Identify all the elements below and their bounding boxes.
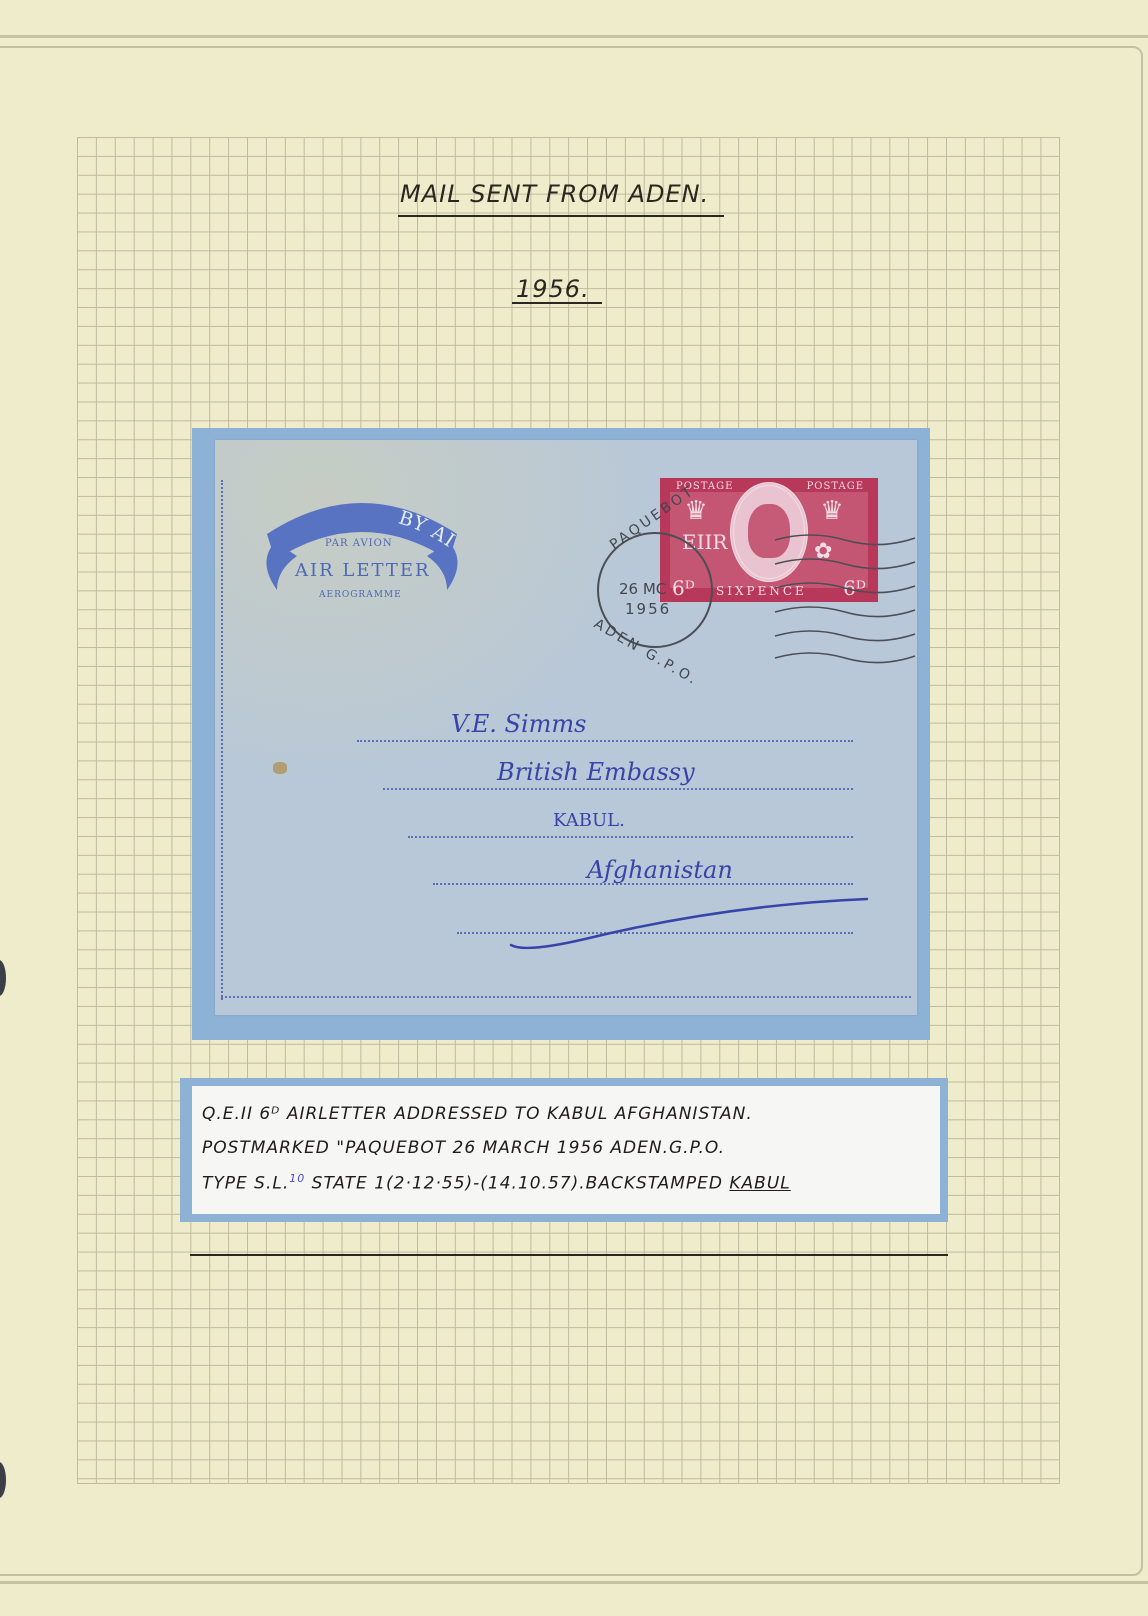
air-letter: BY AIR MAIL PAR AVION AIR LETTER AEROGRA…: [215, 440, 917, 1015]
postmark-year: 1956: [625, 600, 671, 618]
air-letter-text: AIR LETTER: [295, 560, 431, 581]
page-year: 1956.: [516, 275, 590, 303]
address-dotted-line: [383, 788, 853, 790]
page-title-underline: [398, 215, 724, 217]
address-line-city: KABUL.: [553, 810, 625, 831]
description-line-2: POSTMARKED "PAQUEBOT 26 MARCH 1956 ADEN.…: [202, 1138, 725, 1158]
par-avion-text: PAR AVION: [325, 538, 393, 549]
fold-dotted-line: [221, 996, 911, 998]
address-line-country: Afghanistan: [587, 856, 733, 884]
description-type-text: TYPE S.L.: [202, 1174, 289, 1194]
page-year-underline: [512, 302, 602, 304]
wavy-cancellation-icon: [770, 530, 920, 670]
address-dotted-line: [357, 740, 853, 742]
postmark-date: 26 MC: [619, 580, 666, 598]
description-insert-annotation: 10: [289, 1172, 305, 1185]
ruled-writing-line: [190, 1254, 948, 1256]
description-backstamp-place: KABUL: [729, 1174, 790, 1194]
album-page-bottom-rule: [0, 1581, 1148, 1584]
address-line-embassy: British Embassy: [497, 758, 695, 786]
album-page-top-rule: [0, 35, 1148, 38]
pen-flourish-icon: [505, 895, 875, 955]
address-line-name: V.E. Simms: [451, 710, 587, 738]
aerogramme-text: AEROGRAMME: [319, 590, 402, 600]
page-title: MAIL SENT FROM ADEN.: [400, 180, 709, 208]
fold-dotted-line: [221, 480, 223, 1000]
description-line-3: TYPE S.L.10 STATE 1(2·12·55)-(14.10.57).…: [202, 1172, 791, 1194]
crown-icon: ♛: [818, 496, 846, 524]
description-label: Q.E.II 6ᴰ AIRLETTER ADDRESSED TO KABUL A…: [192, 1086, 940, 1214]
description-line-1: Q.E.II 6ᴰ AIRLETTER ADDRESSED TO KABUL A…: [202, 1104, 753, 1124]
address-dotted-line: [408, 836, 853, 838]
foxing-stain: [273, 762, 287, 774]
description-state-text: STATE 1(2·12·55)-(14.10.57).BACKSTAMPED: [305, 1174, 729, 1194]
stamp-postage-label: POSTAGE: [807, 481, 864, 492]
